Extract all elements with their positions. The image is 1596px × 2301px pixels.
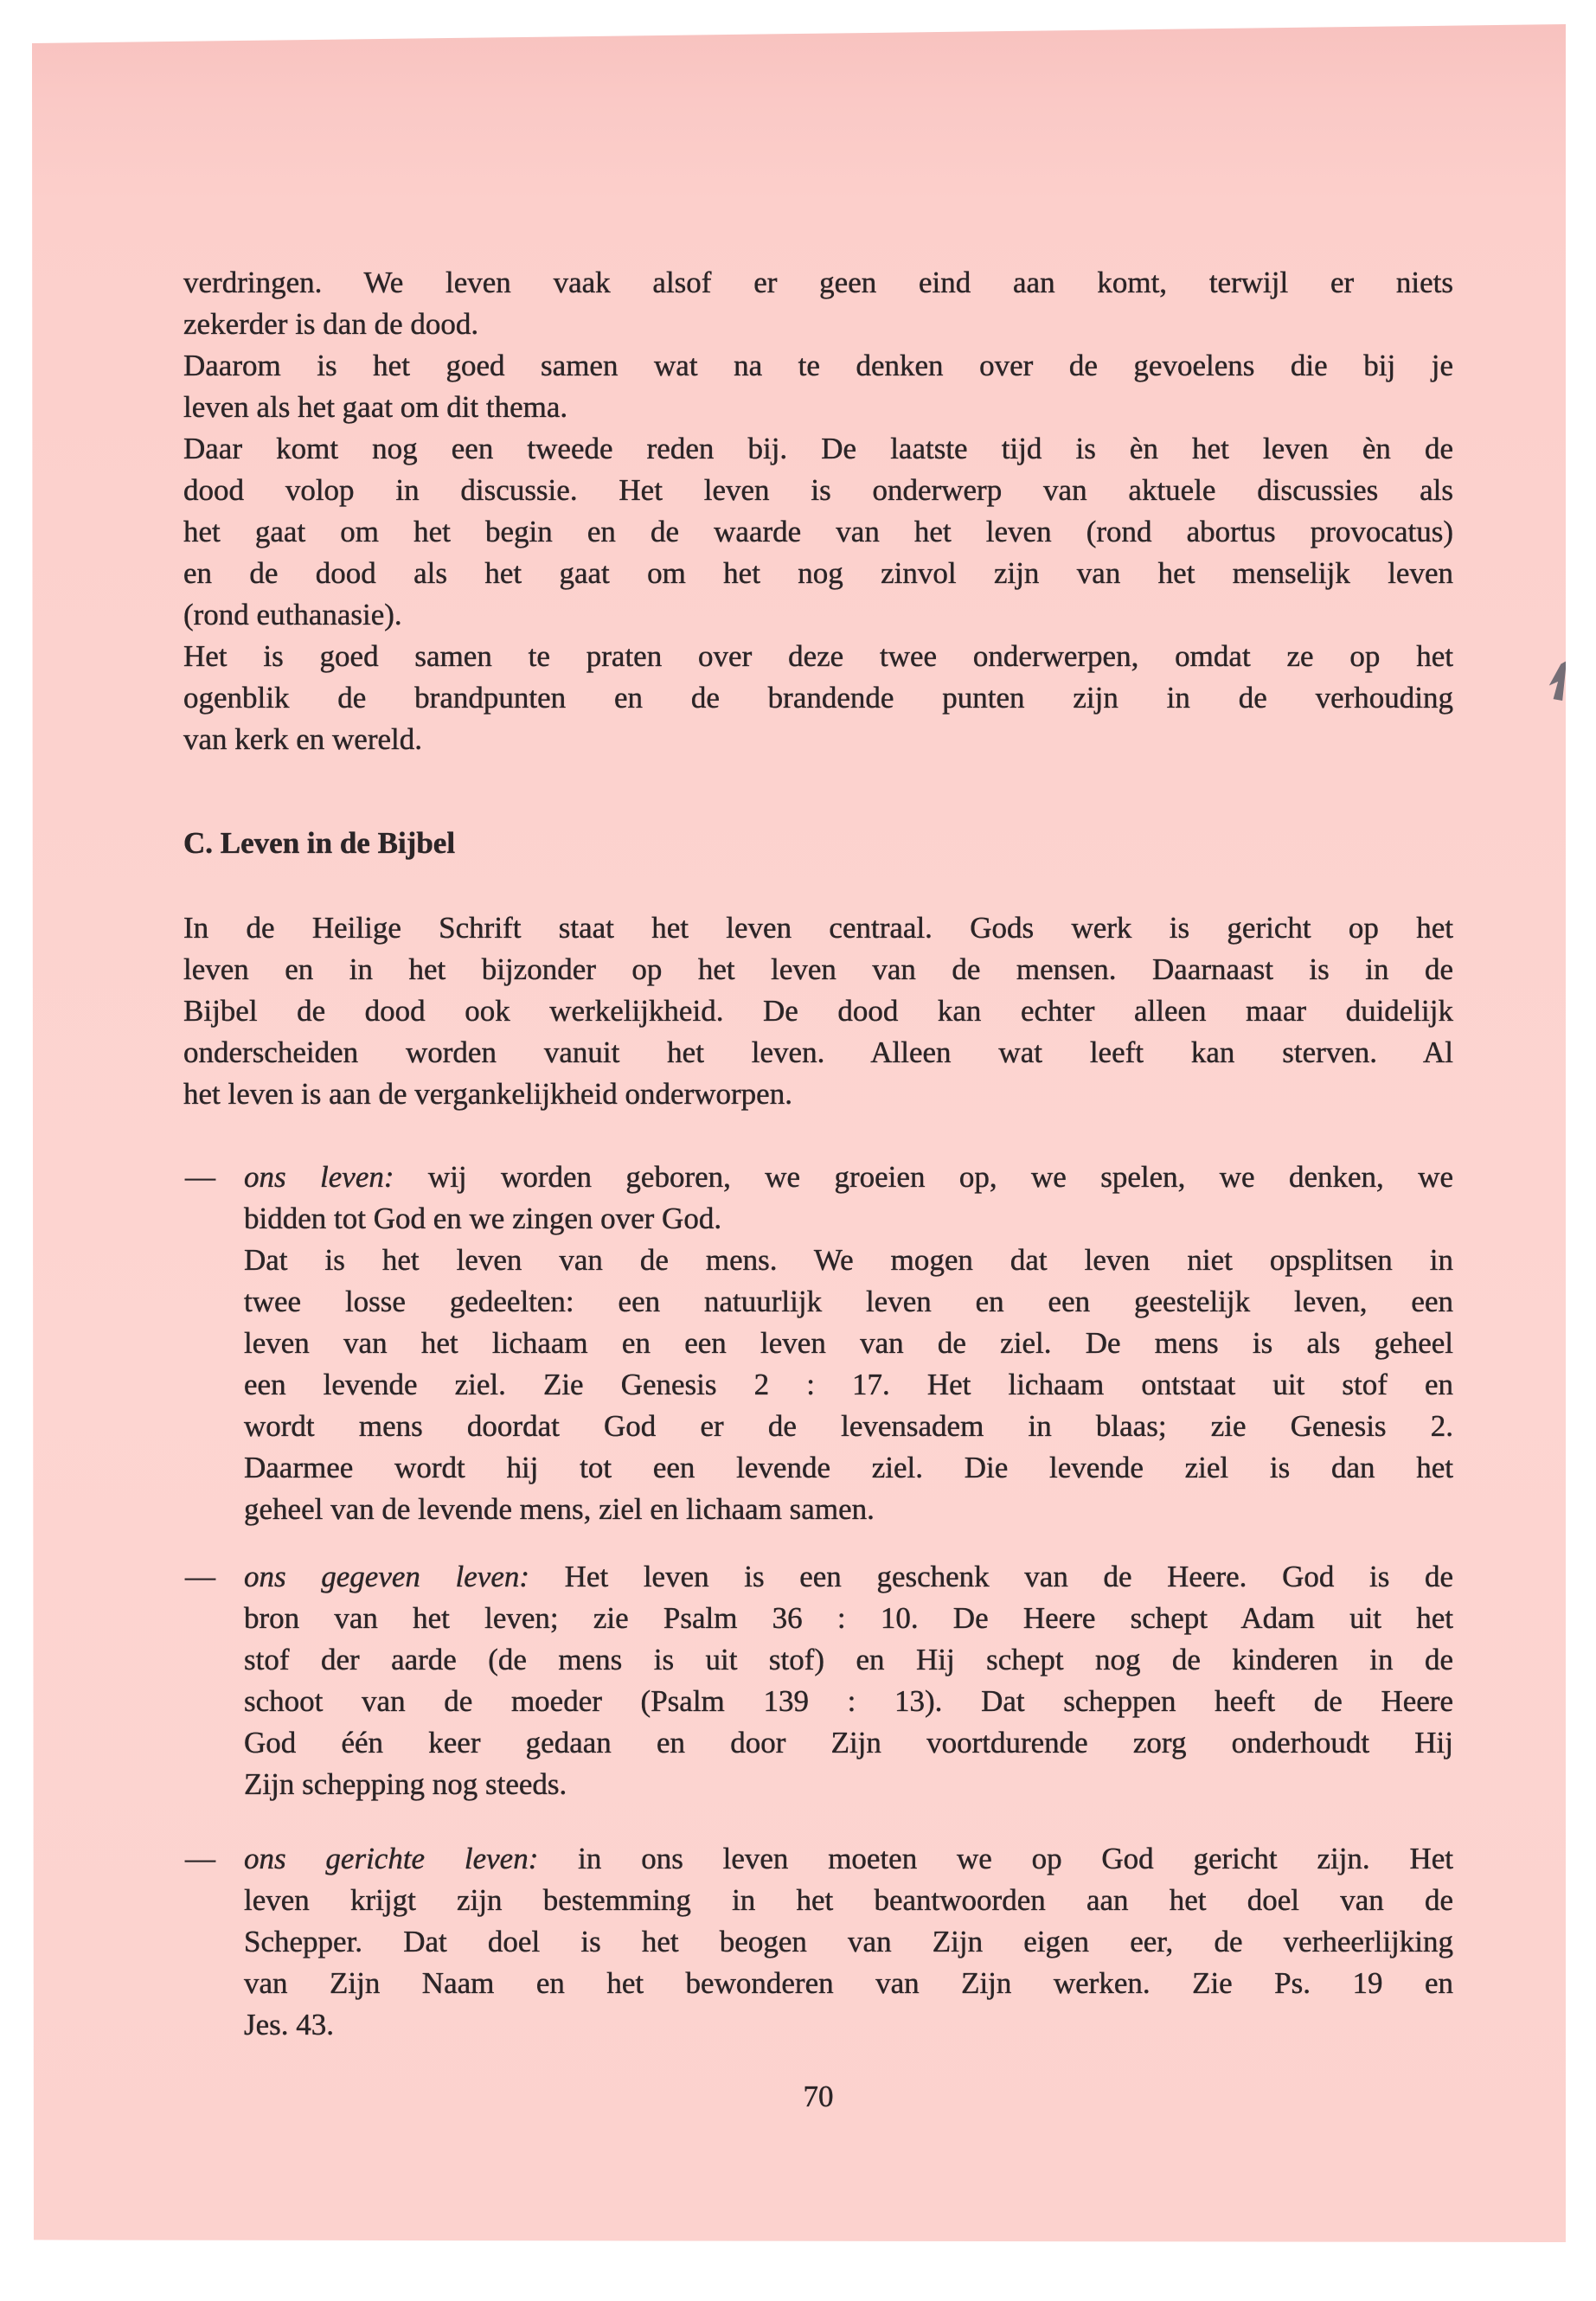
text-line: een levende ziel. Zie Genesis 2 : 17. He… [244, 1364, 1453, 1406]
text-line: twee losse gedeelten: een natuurlijk lev… [244, 1281, 1453, 1323]
text-line: zekerder is dan de dood. [183, 304, 1453, 345]
text-line: Schepper. Dat doel is het beogen van Zij… [244, 1921, 1453, 1963]
text-block: verdringen. We leven vaak alsof er geen … [183, 262, 1453, 2118]
text-line: bron van het leven; zie Psalm 36 : 10. D… [244, 1598, 1453, 1639]
scanned-page: verdringen. We leven vaak alsof er geen … [32, 24, 1566, 2242]
text-line: bidden tot God en we zingen over God. [244, 1198, 1453, 1240]
text-line: wordt mens doordat God er de levensadem … [244, 1406, 1453, 1447]
text-line: van kerk en wereld. [183, 719, 1453, 760]
text-line: leven en in het bijzonder op het leven v… [183, 949, 1453, 990]
text-line: stof der aarde (de mens is uit stof) en … [244, 1639, 1453, 1681]
text-line: Daar komt nog een tweede reden bij. De l… [183, 428, 1453, 470]
list-item-lead: ons gegeven leven: [244, 1560, 529, 1593]
text-line: leven krijgt zijn bestemming in het bean… [244, 1880, 1453, 1921]
text-line: Zijn schepping nog steeds. [244, 1764, 1453, 1805]
text-line: leven van het lichaam en een leven van d… [244, 1323, 1453, 1364]
text-line: ons gerichte leven: in ons leven moeten … [244, 1838, 1453, 1880]
text-line: onderscheiden worden vanuit het leven. A… [183, 1032, 1453, 1074]
list-item: — ons gerichte leven: in ons leven moete… [183, 1838, 1453, 2046]
screenshot-root: { "document": { "page_number": "70", "se… [0, 0, 1596, 2301]
text-line: en de dood als het gaat om het nog zinvo… [183, 553, 1453, 594]
text-line: leven als het gaat om dit thema. [183, 387, 1453, 428]
text-line: Bijbel de dood ook werkelijkheid. De doo… [183, 990, 1453, 1032]
section-heading: C. Leven in de Bijbel [183, 823, 1453, 864]
dash-icon: — [185, 1157, 215, 1198]
list-item: — ons leven: wij worden geboren, we groe… [183, 1157, 1453, 1530]
text-line: verdringen. We leven vaak alsof er geen … [183, 262, 1453, 304]
scan-artifact-mark [1548, 661, 1567, 701]
list-item-text: wij worden geboren, we groeien op, we sp… [428, 1160, 1453, 1194]
text-line: Jes. 43. [244, 2004, 1453, 2046]
bible-paragraph: In de Heilige Schrift staat het leven ce… [183, 907, 1453, 1115]
text-line: Daarmee wordt hij tot een levende ziel. … [244, 1447, 1453, 1489]
list-item-text: Het leven is een geschenk van de Heere. … [565, 1560, 1453, 1593]
text-line: schoot van de moeder (Psalm 139 : 13). D… [244, 1681, 1453, 1722]
dash-icon: — [185, 1838, 215, 1880]
text-line: dood volop in discussie. Het leven is on… [183, 470, 1453, 511]
page-number: 70 [183, 2076, 1453, 2118]
text-line: ogenblik de brandpunten en de brandende … [183, 677, 1453, 719]
text-line: het leven is aan de vergankelijkheid ond… [183, 1074, 1453, 1115]
text-line: ons leven: wij worden geboren, we groeie… [244, 1157, 1453, 1198]
list-item-lead: ons gerichte leven: [244, 1842, 538, 1875]
list-item: — ons gegeven leven: Het leven is een ge… [183, 1556, 1453, 1805]
text-line: geheel van de levende mens, ziel en lich… [244, 1489, 1453, 1530]
list-item-text: in ons leven moeten we op God gericht zi… [578, 1842, 1453, 1875]
text-line: Het is goed samen te praten over deze tw… [183, 636, 1453, 677]
text-line: (rond euthanasie). [183, 594, 1453, 636]
text-line: Dat is het leven van de mens. We mogen d… [244, 1240, 1453, 1281]
text-line: Daarom is het goed samen wat na te denke… [183, 345, 1453, 387]
text-line: ons gegeven leven: Het leven is een gesc… [244, 1556, 1453, 1598]
list-item-lead: ons leven: [244, 1160, 394, 1194]
intro-paragraph: verdringen. We leven vaak alsof er geen … [183, 262, 1453, 760]
dash-icon: — [185, 1556, 215, 1598]
text-line: het gaat om het begin en de waarde van h… [183, 511, 1453, 553]
text-line: God één keer gedaan en door Zijn voortdu… [244, 1722, 1453, 1764]
text-line: van Zijn Naam en het bewonderen van Zijn… [244, 1963, 1453, 2004]
text-line: In de Heilige Schrift staat het leven ce… [183, 907, 1453, 949]
